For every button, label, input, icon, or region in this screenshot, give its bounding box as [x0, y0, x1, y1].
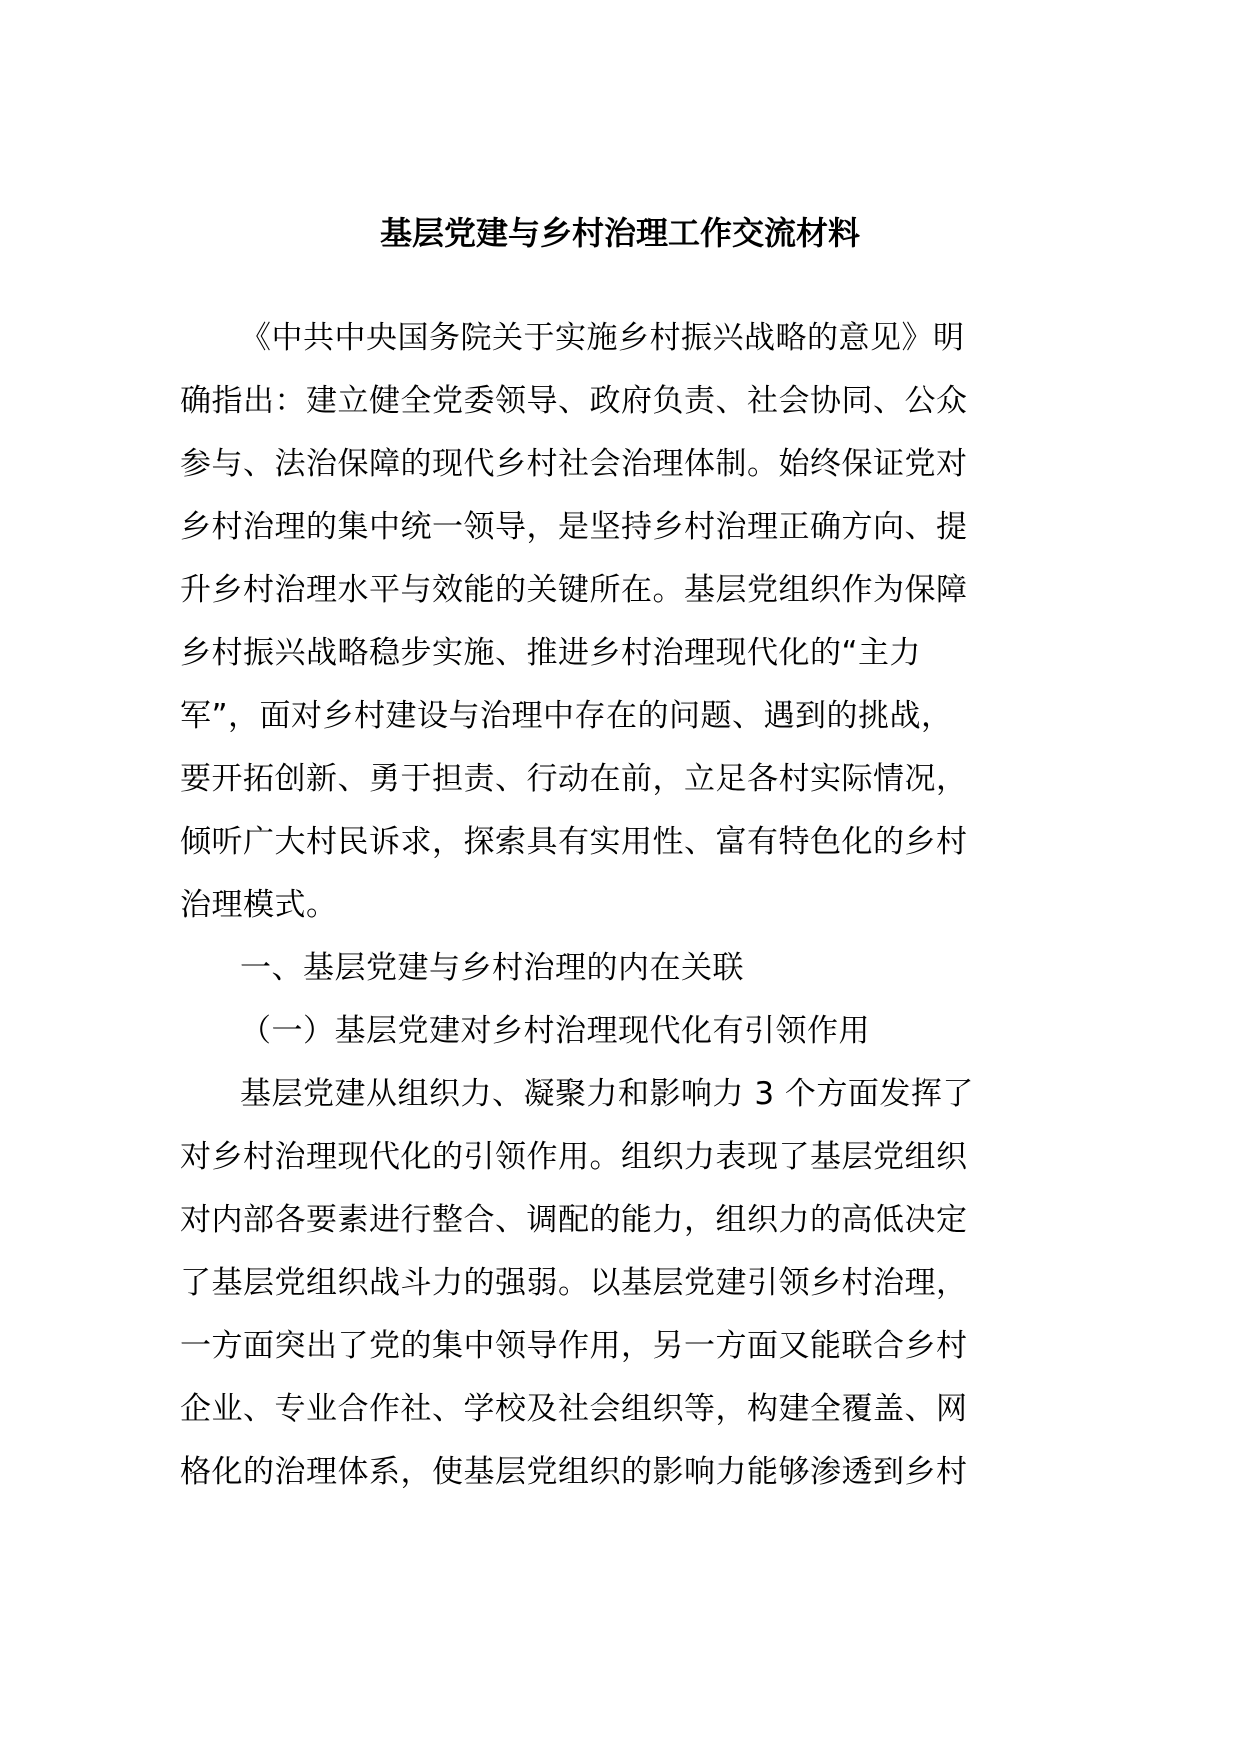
paragraph-line: 了基层党组织战斗力的强弱。以基层党建引领乡村治理， [180, 1257, 968, 1302]
paragraph-line: 对内部各要素进行整合、调配的能力，组织力的高低决定 [180, 1194, 968, 1239]
paragraph-line: 乡村振兴战略稳步实施、推进乡村治理现代化的“主力 [180, 627, 921, 672]
paragraph-line: 基层党建从组织力、凝聚力和影响力 3 个方面发挥了 [240, 1068, 974, 1113]
paragraph-line: （一）基层党建对乡村治理现代化有引领作用 [240, 1005, 870, 1050]
paragraph-line: 一、基层党建与乡村治理的内在关联 [240, 942, 744, 987]
paragraph-line: 确指出：建立健全党委领导、政府负责、社会协同、公众 [180, 375, 968, 420]
paragraph-line: 军”，面对乡村建设与治理中存在的问题、遇到的挑战， [180, 690, 953, 735]
document-title: 基层党建与乡村治理工作交流材料 [0, 208, 1240, 254]
paragraph-line: 要开拓创新、勇于担责、行动在前，立足各村实际情况， [180, 753, 968, 798]
paragraph-line: 格化的治理体系，使基层党组织的影响力能够渗透到乡村 [180, 1446, 968, 1491]
paragraph-line: 倾听广大村民诉求，探索具有实用性、富有特色化的乡村 [180, 816, 968, 861]
paragraph-line: 企业、专业合作社、学校及社会组织等，构建全覆盖、网 [180, 1383, 968, 1428]
paragraph-line: 治理模式。 [180, 879, 338, 924]
paragraph-line: 参与、法治保障的现代乡村社会治理体制。始终保证党对 [180, 438, 968, 483]
paragraph-line: 《中共中央国务院关于实施乡村振兴战略的意见》明 [240, 312, 965, 357]
paragraph-line: 升乡村治理水平与效能的关键所在。基层党组织作为保障 [180, 564, 968, 609]
paragraph-line: 乡村治理的集中统一领导，是坚持乡村治理正确方向、提 [180, 501, 968, 546]
paragraph-line: 一方面突出了党的集中领导作用，另一方面又能联合乡村 [180, 1320, 968, 1365]
paragraph-line: 对乡村治理现代化的引领作用。组织力表现了基层党组织 [180, 1131, 968, 1176]
